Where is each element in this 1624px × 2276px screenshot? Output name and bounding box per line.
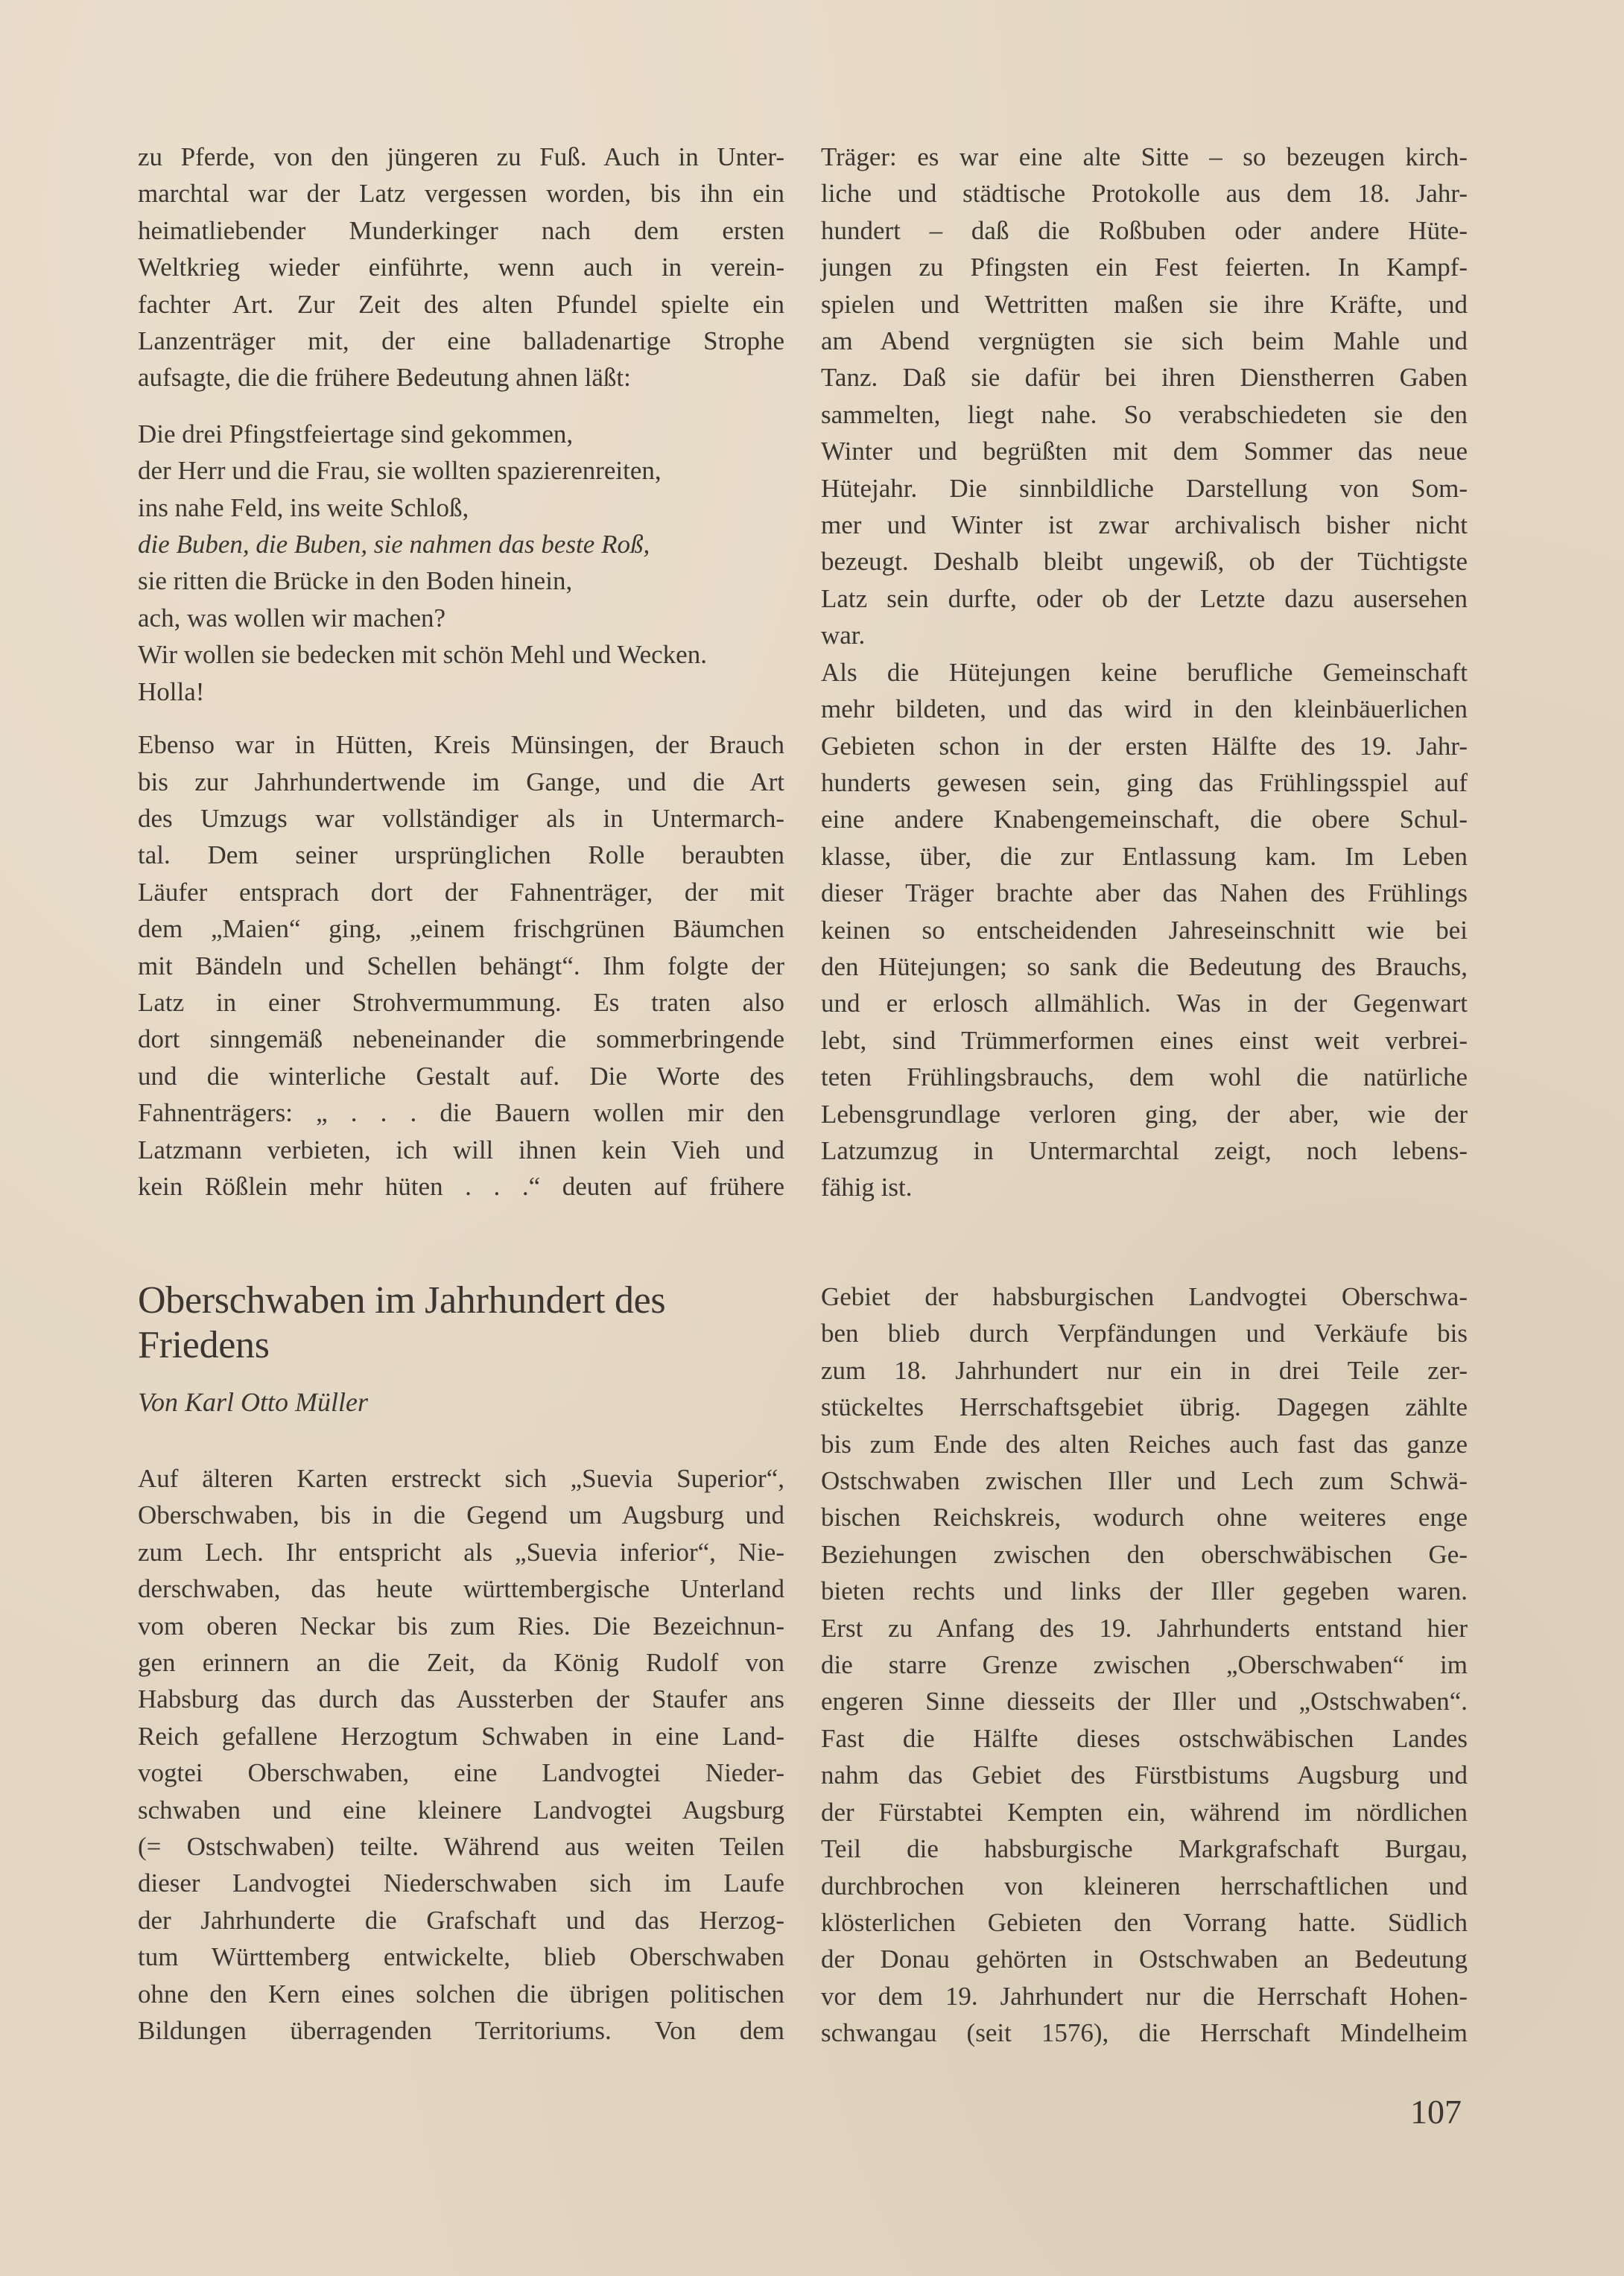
article-right-column: Gebiet der habsburgischen Landvogtei Obe… [821, 1278, 1468, 2052]
text-line: am Abend vergnügten sie sich beim Mahle … [821, 323, 1468, 359]
text-line: keinen so entscheidenden Jahreseinschnit… [821, 912, 1468, 948]
verse-line: sie ritten die Brücke in den Boden hinei… [138, 562, 784, 599]
text-line: lebt, sind Trümmerformen eines einst wei… [821, 1022, 1468, 1059]
text-line: bezeugt. Deshalb bleibt ungewiß, ob der … [821, 543, 1468, 580]
text-line: Gebiet der habsburgischen Landvogtei Obe… [821, 1278, 1468, 1315]
text-line: mit Bändeln und Schellen behängt“. Ihm f… [138, 948, 784, 984]
paragraph-huetten-brauch: Ebenso war in Hütten, Kreis Münsingen, d… [138, 726, 784, 1205]
text-line: Fast die Hälfte dieses ostschwäbischen L… [821, 1720, 1468, 1757]
text-line: gen erinnern an die Zeit, da König Rudol… [138, 1644, 784, 1681]
text-line: bieten rechts und links der Iller gegebe… [821, 1573, 1468, 1609]
text-line: bis zum Ende des alten Reiches auch fast… [821, 1426, 1468, 1462]
text-line: Reich gefallene Herzogtum Schwaben in ei… [138, 1718, 784, 1754]
text-line: hundert – daß die Roßbuben oder andere H… [821, 212, 1468, 249]
text-line: Hütejahr. Die sinnbildliche Darstellung … [821, 470, 1468, 507]
text-line: Als die Hütejungen keine berufliche Geme… [821, 654, 1468, 691]
text-line: jungen zu Pfingsten ein Fest feierten. I… [821, 249, 1468, 285]
article-title-line: Oberschwaben im Jahrhundert des [138, 1278, 784, 1323]
text-line: zum 18. Jahrhundert nur ein in drei Teil… [821, 1352, 1468, 1389]
paragraph-latz-untermarchtal: zu Pferde, von den jüngeren zu Fuß. Auch… [138, 139, 784, 396]
text-line: schwangau (seit 1576), die Herrschaft Mi… [821, 2015, 1468, 2051]
text-line: und die winterliche Gestalt auf. Die Wor… [138, 1058, 784, 1094]
text-line: (= Ostschwaben) teilte. Während aus weit… [138, 1828, 784, 1865]
verse-line-italic: die Buben, die Buben, sie nahmen das bes… [138, 526, 784, 562]
text-line: aufsagte, die die frühere Bedeutung ahne… [138, 359, 784, 396]
text-line: stückeltes Herrschaftsgebiet übrig. Dage… [821, 1389, 1468, 1425]
text-line: heimatliebender Munderkinger nach dem er… [138, 212, 784, 249]
text-line: die starre Grenze zwischen „Oberschwaben… [821, 1646, 1468, 1683]
ballad-verse: Die drei Pfingstfeiertage sind gekommen,… [138, 416, 784, 710]
text-line: fachter Art. Zur Zeit des alten Pfundel … [138, 286, 784, 323]
text-line: dieser Landvogtei Niederschwaben sich im… [138, 1865, 784, 1901]
paragraph-huetejungen: Als die Hütejungen keine berufliche Geme… [821, 654, 1468, 1206]
text-line: Latzumzug in Untermarchtal zeigt, noch l… [821, 1132, 1468, 1169]
text-line: war. [821, 617, 1468, 653]
text-line: fähig ist. [821, 1169, 1468, 1205]
text-line: durchbrochen von kleineren herrschaftlic… [821, 1868, 1468, 1904]
top-left-column: zu Pferde, von den jüngeren zu Fuß. Auch… [138, 139, 784, 1205]
text-line: vor dem 19. Jahrhundert nur die Herrscha… [821, 1978, 1468, 2015]
text-line: Winter und begrüßten mit dem Sommer das … [821, 433, 1468, 469]
text-line: Oberschwaben, bis in die Gegend um Augsb… [138, 1497, 784, 1533]
verse-line: Holla! [138, 673, 784, 710]
text-line: Erst zu Anfang des 19. Jahrhunderts ents… [821, 1610, 1468, 1646]
text-line: mehr bildeten, und das wird in den klein… [821, 691, 1468, 727]
text-line: schwaben und eine kleinere Landvogtei Au… [138, 1792, 784, 1828]
text-line: sammelten, liegt nahe. So verabschiedete… [821, 396, 1468, 433]
text-line: der Jahrhunderte die Grafschaft und das … [138, 1902, 784, 1939]
text-line: Weltkrieg wieder einführte, wenn auch in… [138, 249, 784, 285]
text-line: bis zur Jahrhundertwende im Gange, und d… [138, 764, 784, 800]
text-line: Habsburg das durch das Aussterben der St… [138, 1681, 784, 1717]
text-line: dieser Träger brachte aber das Nahen des… [821, 875, 1468, 911]
text-line: Latz in einer Strohvermummung. Es traten… [138, 984, 784, 1021]
paragraph-pfingstfest: Träger: es war eine alte Sitte – so beze… [821, 139, 1468, 654]
verse-line: ach, was wollen wir machen? [138, 600, 784, 636]
text-line: kein Rößlein mehr hüten . . .“ deuten au… [138, 1168, 784, 1205]
text-line: den Hütejungen; so sank die Bedeutung de… [821, 948, 1468, 985]
text-line: Latzmann verbieten, ich will ihnen kein … [138, 1132, 784, 1168]
text-line: bischen Reichskreis, wodurch ohne weiter… [821, 1499, 1468, 1535]
article-author: Von Karl Otto Müller [138, 1384, 784, 1420]
text-line: vom oberen Neckar bis zum Ries. Die Beze… [138, 1608, 784, 1644]
text-line: des Umzugs war vollständiger als in Unte… [138, 800, 784, 837]
text-line: Fahnenträgers: „ . . . die Bauern wollen… [138, 1094, 784, 1131]
text-line: zu Pferde, von den jüngeren zu Fuß. Auch… [138, 139, 784, 175]
verse-line: Die drei Pfingstfeiertage sind gekommen, [138, 416, 784, 452]
text-line: der Fürstabtei Kempten ein, während im n… [821, 1794, 1468, 1830]
verse-line: der Herr und die Frau, sie wollten spazi… [138, 452, 784, 489]
text-line: Gebieten schon in der ersten Hälfte des … [821, 728, 1468, 764]
text-line: zum Lech. Ihr entspricht als „Suevia inf… [138, 1534, 784, 1570]
text-line: tum Württemberg entwickelte, blieb Obers… [138, 1939, 784, 1975]
top-right-column: Träger: es war eine alte Sitte – so beze… [821, 139, 1468, 1206]
article-left-column: Oberschwaben im Jahrhundert des Friedens… [138, 1278, 784, 2050]
text-line: nahm das Gebiet des Fürstbistums Augsbur… [821, 1757, 1468, 1793]
text-line: vogtei Oberschwaben, eine Landvogtei Nie… [138, 1754, 784, 1791]
text-line: Beziehungen zwischen den oberschwäbische… [821, 1536, 1468, 1573]
article-paragraph-suevia: Auf älteren Karten erstreckt sich „Suevi… [138, 1460, 784, 2050]
text-line: Ostschwaben zwischen Iller und Lech zum … [821, 1462, 1468, 1499]
verse-line: ins nahe Feld, ins weite Schloß, [138, 489, 784, 526]
text-line: marchtal war der Latz vergessen worden, … [138, 175, 784, 212]
text-line: dort sinngemäß nebeneinander die sommerb… [138, 1021, 784, 1057]
text-line: Latz sein durfte, oder ob der Letzte daz… [821, 580, 1468, 617]
text-line: ben blieb durch Verpfändungen und Verkäu… [821, 1315, 1468, 1351]
text-line: und er erlosch allmählich. Was in der Ge… [821, 985, 1468, 1021]
verse-line: Wir wollen sie bedecken mit schön Mehl u… [138, 636, 784, 673]
text-line: liche und städtische Protokolle aus dem … [821, 175, 1468, 212]
text-line: engeren Sinne diesseits der Iller und „O… [821, 1683, 1468, 1719]
text-line: dem „Maien“ ging, „einem frischgrünen Bä… [138, 910, 784, 947]
text-line: Bildungen überragenden Territoriums. Von… [138, 2012, 784, 2049]
text-line: Läufer entsprach dort der Fahnenträger, … [138, 874, 784, 910]
text-line: Teil die habsburgische Markgrafschaft Bu… [821, 1830, 1468, 1867]
text-line: der Donau gehörten in Ostschwaben an Bed… [821, 1941, 1468, 1977]
text-line: klösterlichen Gebieten den Vorrang hatte… [821, 1904, 1468, 1941]
text-line: Träger: es war eine alte Sitte – so beze… [821, 139, 1468, 175]
page-number: 107 [1410, 2095, 1462, 2129]
text-line: Ebenso war in Hütten, Kreis Münsingen, d… [138, 726, 784, 763]
text-line: ohne den Kern eines solchen die übrigen … [138, 1976, 784, 2012]
text-line: tal. Dem seiner ursprünglichen Rolle ber… [138, 837, 784, 873]
text-line: mer und Winter ist zwar archivalisch bis… [821, 507, 1468, 543]
text-line: eine andere Knabengemeinschaft, die ober… [821, 801, 1468, 837]
text-line: teten Frühlingsbrauchs, dem wohl die nat… [821, 1059, 1468, 1095]
text-line: klasse, über, die zur Entlassung kam. Im… [821, 838, 1468, 875]
text-line: Lanzenträger mit, der eine balladenartig… [138, 323, 784, 359]
article-title: Oberschwaben im Jahrhundert des Friedens [138, 1278, 784, 1368]
text-line: Tanz. Daß sie dafür bei ihren Dienstherr… [821, 359, 1468, 396]
text-line: derschwaben, das heute württembergische … [138, 1570, 784, 1607]
text-line: Lebensgrundlage verloren ging, der aber,… [821, 1096, 1468, 1132]
text-line: spielen und Wettritten maßen sie ihre Kr… [821, 286, 1468, 323]
text-line: hunderts gewesen sein, ging das Frühling… [821, 764, 1468, 801]
article-paragraph-landvogtei: Gebiet der habsburgischen Landvogtei Obe… [821, 1278, 1468, 2052]
text-line: Auf älteren Karten erstreckt sich „Suevi… [138, 1460, 784, 1497]
article-title-line: Friedens [138, 1323, 784, 1368]
